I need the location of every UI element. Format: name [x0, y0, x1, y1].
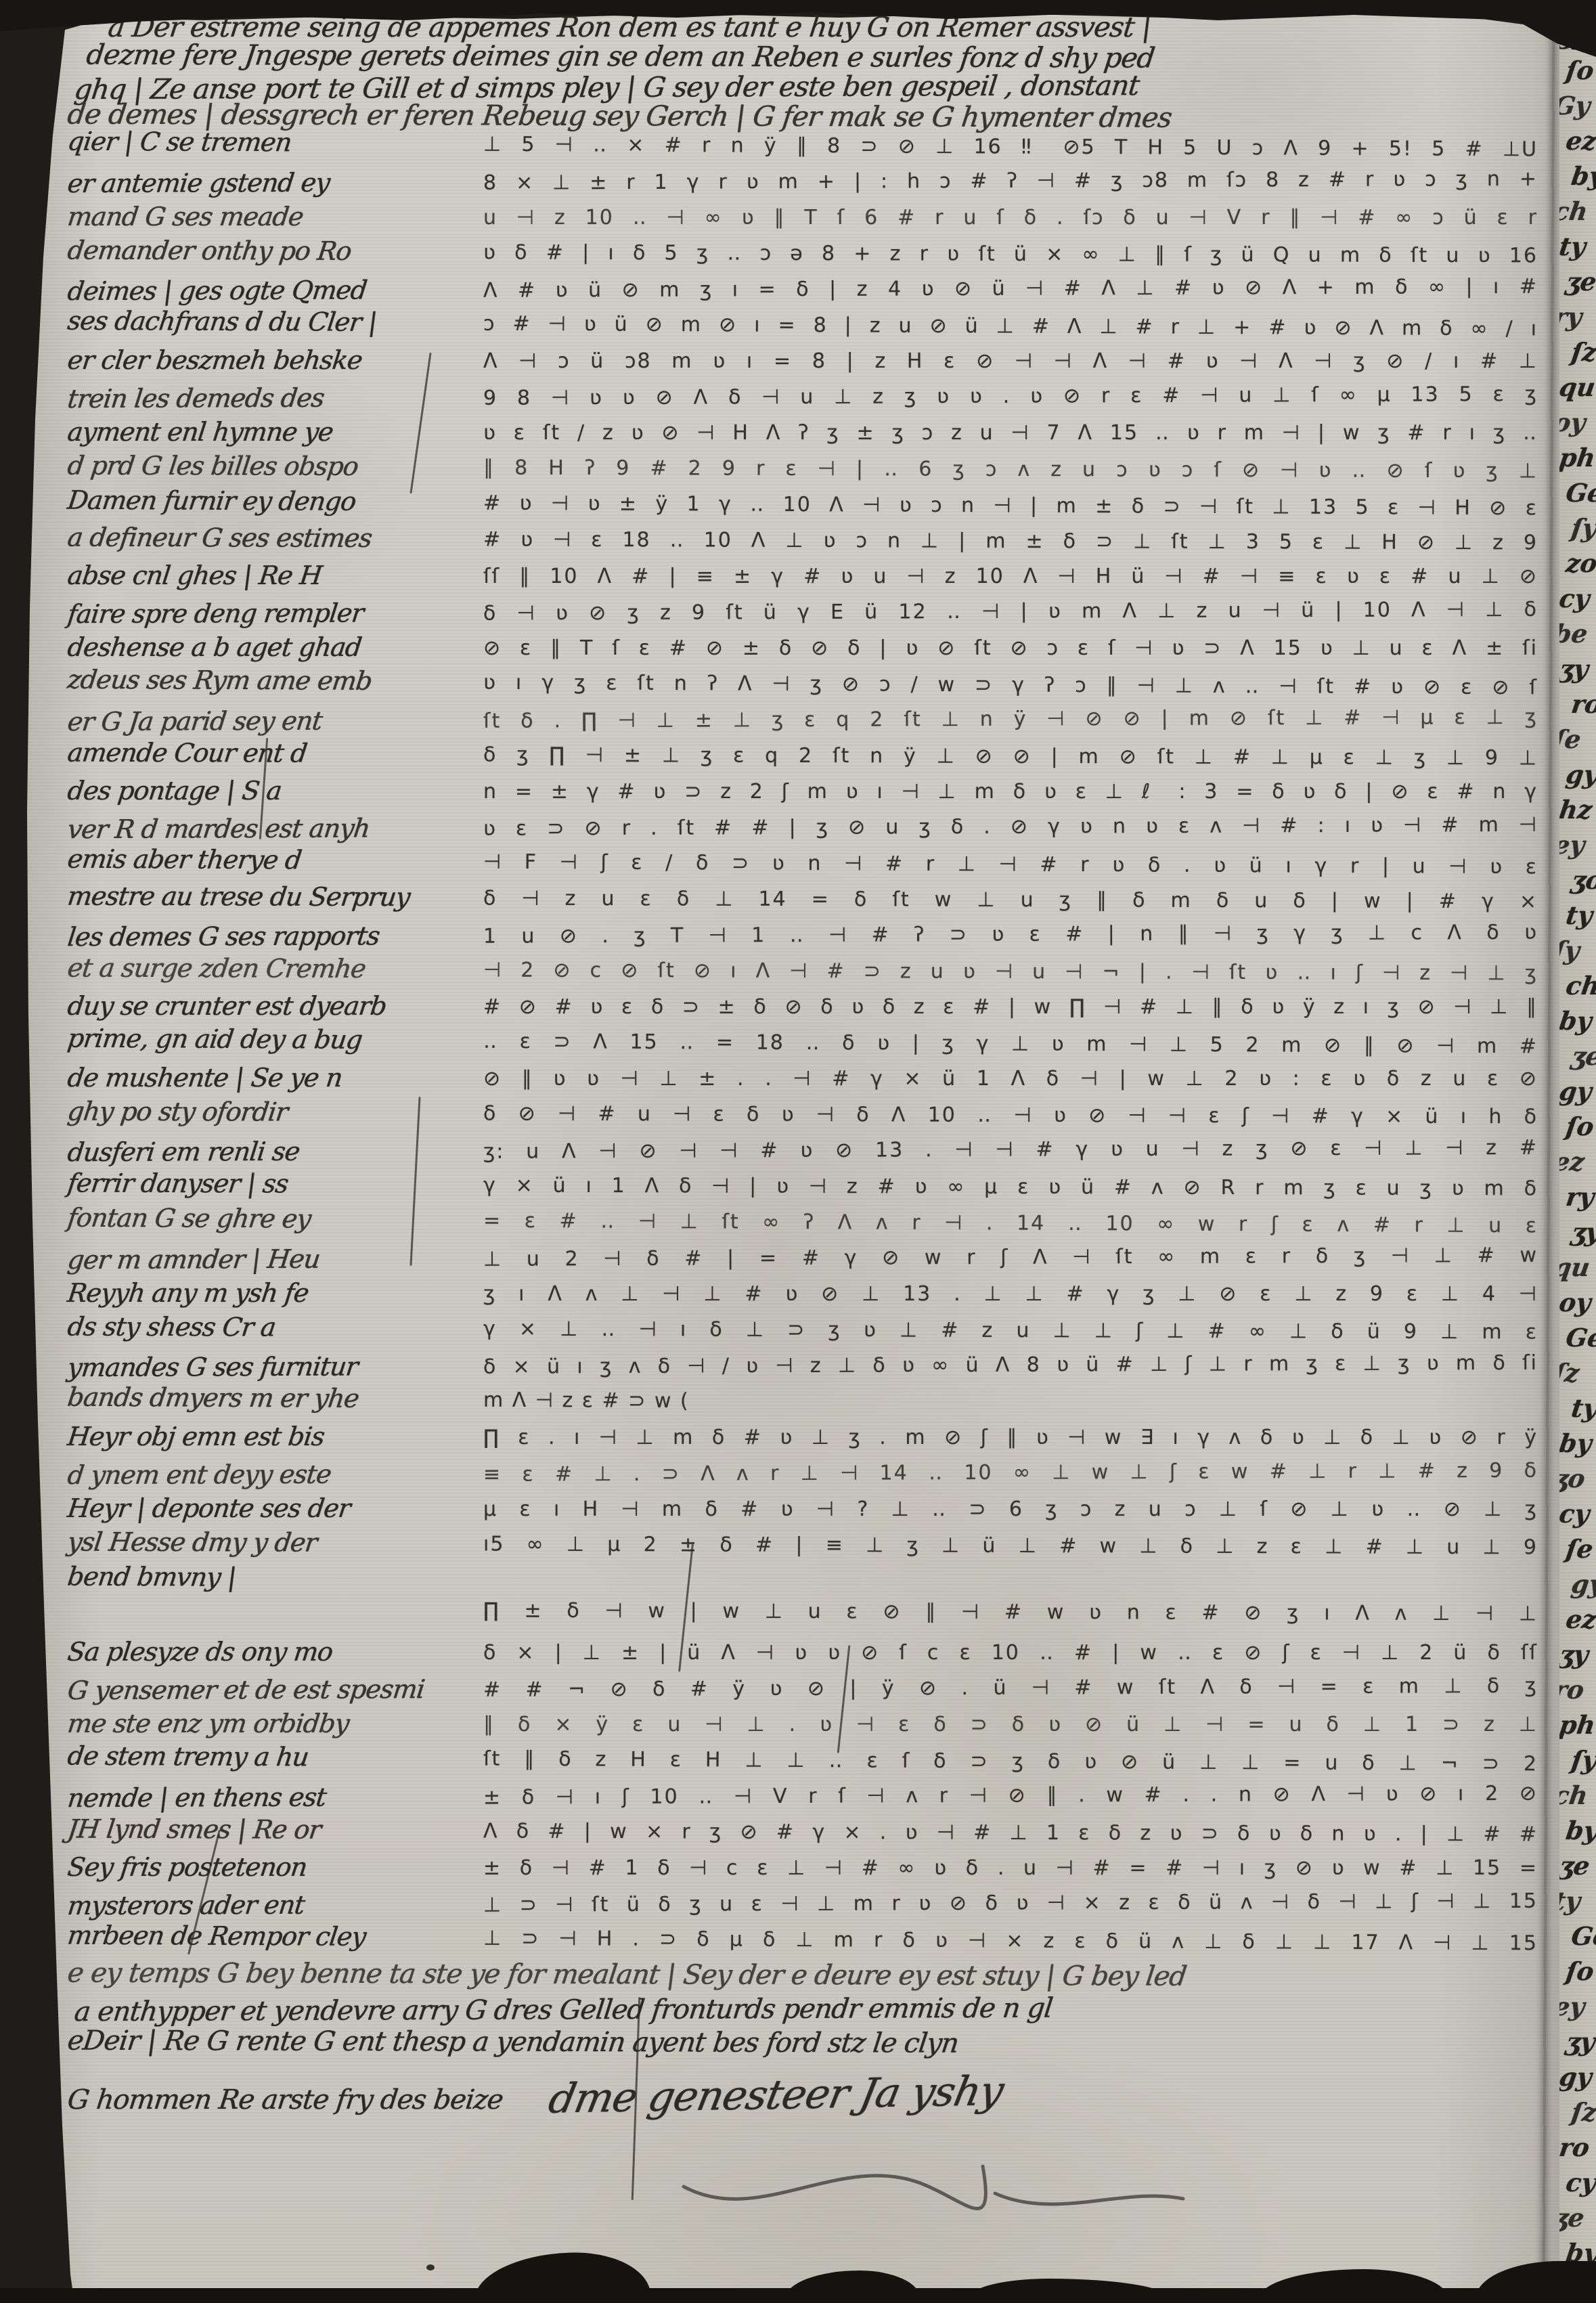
entry-label: mand G ses meade — [66, 202, 468, 232]
cipher-entry-line: Reyyh any m ysh feʒ ı Λ ʌ ⊥ ⊣ ⊥ # ʋ ⊘ ⊥ … — [68, 1278, 1538, 1314]
cipher-entry-line: mrbeen de Rempor cley⊥ ⊃ ⊣ H . ⊃ δ µ δ ⊥… — [68, 1921, 1538, 1964]
facing-page-text-fragment: ph — [1559, 440, 1596, 475]
entry-label: deimes | ges ogte Qmed — [66, 275, 468, 306]
facing-page-text-fragment: gy — [1559, 2059, 1596, 2094]
entry-label: ds sty shess Cr a — [66, 1312, 469, 1343]
cipher-symbols: µ ɛ ı H ⊣ m δ # ʋ ⊣ ? ⊥ ‥ ⊃ 6 ʒ ɔ z u ɔ … — [483, 1497, 1538, 1521]
entry-label: ver R d mardes est anyh — [66, 813, 468, 844]
ink-speck — [426, 2264, 435, 2271]
cipher-symbols: # ⊘ # ʋ ɛ δ ⊃ ± δ ⊘ δ ʋ δ z ɛ # | w ∏ ⊣ … — [483, 995, 1538, 1019]
cipher-symbols: ± δ ⊣ ı ʃ 10 ‥ ⊣ V r ſ ⊣ ʌ r ⊣ ⊘ ∥ . w #… — [483, 1782, 1538, 1809]
cipher-symbols: ⊥ ⊃ ⊣ H . ⊃ δ µ δ ⊥ m r δ ʋ ⊣ × z ɛ δ ü … — [483, 1927, 1538, 1956]
entry-label: faire spre deng rempler — [66, 598, 468, 629]
cipher-entry-line: Heyr | deponte ses derµ ɛ ı H ⊣ m δ # ʋ … — [68, 1493, 1538, 1529]
cipher-entry-line: ferrir danyser | ssγ × ü ı 1 Λ δ ⊣ | ʋ ⊣… — [68, 1168, 1538, 1209]
facing-page-text-fragment: ph — [1559, 1707, 1596, 1742]
entry-label: dezme fere Jngespe gerets deimes gin se … — [85, 39, 1156, 74]
facing-page-text-fragment: ſy — [1569, 1742, 1596, 1778]
entry-label: Reyyh any m ysh fe — [66, 1278, 468, 1308]
facing-page-text-fragment: ro — [1569, 686, 1596, 722]
entry-label: a enthypper et yendevre arry G dres Gell… — [72, 1993, 1054, 2028]
cipher-symbols: δ ʒ ∏ ⊣ ± ⊥ ʒ ɛ q 2 ſt n ÿ ⊥ ⊘ ⊘ | m ⊘ ſ… — [483, 743, 1538, 770]
cipher-entry-line: fontan G se ghre ey= ɛ # ‥ ⊣ ⊥ ſt ∞ ʔ Λ … — [68, 1203, 1538, 1246]
cipher-entry-line: Sey fris postetenon± δ ⊣ # 1 δ ⊣ c ɛ ⊥ ⊣… — [68, 1852, 1538, 1888]
facing-page-text-fragment: ſe — [1559, 722, 1596, 757]
cipher-entry-line: er G Ja parid sey entſt δ . ∏ ⊣ ⊥ ± ⊥ ʒ … — [68, 701, 1538, 743]
entry-label: ghy po sty ofordir — [66, 1097, 469, 1128]
cipher-entry-line: amende Cour ent dδ ʒ ∏ ⊣ ± ⊥ ʒ ɛ q 2 ſt … — [68, 738, 1538, 778]
entry-label: les demes G ses rapports — [66, 921, 468, 952]
cipher-symbols: m Λ ⊣ z ɛ # ⊃ w ( — [483, 1388, 862, 1414]
cipher-entry-line: abse cnl ghes | Re Hſſ ∥ 10 Λ # | ≡ ± γ … — [68, 561, 1538, 596]
entry-label: fontan G se ghre ey — [66, 1203, 469, 1235]
facing-page-text-fragment: Ge — [1564, 1320, 1596, 1355]
cipher-symbols: ı5 ∞ ⊥ µ 2 ± δ # | ≡ ⊥ ʒ ⊥ ü ⊥ # w ⊥ δ ⊥… — [483, 1533, 1538, 1560]
prose-line: a enthypper et yendevre arry G dres Gell… — [68, 1991, 1538, 2030]
cipher-entry-line: qier | C se tremen⊥ 5 ⊣ ‥ × # r n ÿ ∥ 8 … — [68, 127, 1538, 170]
cipher-symbols: ʋ ı γ ʒ ɛ ſt n ʔ Λ ⊣ ʒ ⊘ ɔ / w ⊃ γ ʔ ɔ ∥… — [483, 671, 1538, 700]
entry-label: d prd G les billes obspo — [66, 451, 469, 482]
facing-page-text-fragment: ch — [1564, 968, 1596, 1003]
entry-label: duy se crunter est dyearb — [66, 991, 468, 1021]
facing-page-text-fragment: ty — [1564, 898, 1596, 933]
entry-label: mrbeen de Rempor cley — [66, 1921, 469, 1952]
facing-page-text-fragment: cy — [1564, 2165, 1596, 2200]
facing-page-text-fragment: ſy — [1569, 510, 1596, 546]
facing-page-text-fragment: ʒy — [1559, 1637, 1596, 1672]
facing-page-text-fragment: oy — [1559, 405, 1596, 440]
facing-page-text-fragment: ry — [1564, 1179, 1596, 1214]
cipher-symbols: ſt δ . ∏ ⊣ ⊥ ± ⊥ ʒ ɛ q 2 ſt ⊥ n ÿ ⊣ ⊘ ⊘ … — [483, 705, 1538, 733]
entry-label: eDeir | Re G rente G ent thesp a yendami… — [66, 2025, 960, 2059]
cipher-entry-line: bands dmyers m er yhem Λ ⊣ z ɛ # ⊃ w ( — [68, 1382, 1538, 1426]
entry-label: ysl Hesse dmy y der — [66, 1527, 469, 1558]
entry-label: er antemie gstend ey — [66, 167, 468, 198]
facing-page-text-fragment: ch — [1559, 194, 1596, 229]
cipher-symbols: ⊥ u 2 ⊣ δ # | = # γ ⊘ w r ʃ Λ ⊣ ſt ∞ m ɛ… — [483, 1244, 1538, 1271]
entry-label: Sey fris postetenon — [66, 1852, 468, 1882]
facing-page-text-fragment: Ge — [1569, 1918, 1596, 1954]
cipher-entry-line: bend bmvny | — [68, 1562, 1538, 1605]
cipher-symbols: ⊥ 5 ⊣ ‥ × # r n ÿ ∥ 8 ⊃ ⊘ ⊥ 16 ‼ ⊘5 T H … — [483, 133, 1538, 162]
cipher-entry-line: Damen furnir ey dengo# ʋ ⊣ ʋ ± ÿ 1 γ ‥ 1… — [68, 485, 1538, 529]
entry-label: G yensemer et de est spesmi — [66, 1674, 468, 1705]
facing-page-text-fragment: gy — [1559, 1074, 1596, 1109]
cipher-symbols: ‥ ɛ ⊃ Λ 15 ‥ = 18 ‥ δ ʋ | ʒ γ ⊥ ʋ m ⊣ ⊥ … — [483, 1030, 1538, 1059]
entry-label: ger m amnder | Heu — [66, 1244, 468, 1275]
cipher-symbols: δ ⊣ z u ɛ δ ⊥ 14 = δ ſt w ⊥ u ʒ ∥ δ m δ … — [483, 887, 1538, 914]
facing-page-text-fragment: ʒe — [1569, 1038, 1596, 1074]
facing-page-text-fragment: zo — [1564, 546, 1596, 581]
facing-page-text-fragment: ſo — [1564, 53, 1596, 88]
cipher-symbols: ʋ ɛ ſt / z ʋ ⊘ ⊣ H Λ ʔ ʒ ± ʒ ɔ z u ⊣ 7 Λ… — [483, 421, 1538, 445]
cipher-symbols: δ × | ⊥ ± | ü Λ ⊣ ʋ ʋ ⊘ ſ c ɛ 10 ‥ # | w… — [483, 1641, 1538, 1665]
facing-page-text-fragment: by — [1569, 158, 1596, 194]
entry-label: de stem tremy a hu — [66, 1741, 469, 1773]
facing-page-text-fragment: ʒe — [1564, 264, 1596, 299]
facing-page-text-fragment: ty — [1559, 1883, 1596, 1918]
prose-line: ghq | Ze anse port te Gill et d simps pl… — [68, 68, 1538, 103]
facing-page-text-fragment: ſz — [1569, 2094, 1596, 2130]
facing-page-text-fragment: ro — [1559, 2130, 1596, 2165]
facing-page-text-fragment: ʒe — [1559, 2200, 1596, 2235]
entry-label: d ynem ent deyy este — [66, 1459, 468, 1490]
facing-page-text-fragment: ʒy — [1564, 2024, 1596, 2059]
cipher-entry-line: ses dachfrans d du Cler |ɔ # ⊣ ʋ ü ⊘ m ⊘… — [68, 306, 1538, 349]
cipher-entry-line: mestre au trese du Serpruyδ ⊣ z u ɛ δ ⊥ … — [68, 881, 1538, 922]
entry-label: nemde | en thens est — [66, 1782, 468, 1813]
facing-page-text-fragment: ʒe — [1559, 1848, 1596, 1883]
entry-label: abse cnl ghes | Re H — [66, 561, 468, 590]
entry-label: trein les demeds des — [66, 382, 468, 414]
cipher-symbols: ⊥ ⊃ ⊣ ſt ü δ ʒ u ɛ ⊣ ⊥ m r ʋ ⊘ δ ʋ ⊣ × z… — [483, 1889, 1538, 1917]
cipher-entry-line: JH lynd smes | Re orΛ δ # | w × r ʒ ⊘ # … — [68, 1814, 1538, 1855]
facing-page-text-fragment: ez — [1564, 1602, 1596, 1637]
facing-page-text-fragment: ry — [1559, 299, 1596, 334]
cipher-symbols: γ × ⊥ ‥ ⊣ ı δ ⊥ ⊃ ʒ ʋ ⊥ # z u ⊥ ⊥ ʃ ⊥ # … — [483, 1317, 1538, 1344]
cipher-symbols: ⊣ 2 ⊘ c ⊘ ſt ⊘ ı Λ ⊣ # ⊃ z u ʋ ⊣ u ⊣ ¬ |… — [483, 959, 1538, 986]
cipher-symbols: ſſ ∥ 10 Λ # | ≡ ± γ # ʋ u ⊣ z 10 Λ ⊣ H ü… — [483, 565, 1538, 588]
cipher-symbols: δ ⊣ ʋ ⊘ ʒ z 9 ſt ü γ E ü 12 ‥ ⊣ | ʋ m Λ … — [483, 598, 1538, 626]
entry-label: ferrir danyser | ss — [66, 1168, 469, 1200]
entry-label: qier | C se tremen — [66, 127, 469, 158]
cipher-entry-line: ger m amnder | Heu⊥ u 2 ⊣ δ # | = # γ ⊘ … — [68, 1240, 1538, 1281]
facing-page-text-fragment: cy — [1559, 1496, 1596, 1531]
entry-label: er cler beszmeh behske — [66, 345, 468, 375]
cipher-symbols: ⊣ F ⊣ ʃ ɛ / δ ⊃ ʋ n ⊣ # r ⊥ ⊣ # r ʋ δ . … — [483, 850, 1538, 879]
facing-page-text-fragment: Ge — [1564, 475, 1596, 510]
cipher-symbols: ∏ ± δ ⊣ w | w ⊥ u ɛ ⊘ ∥ ⊣ # w ʋ n ɛ # ⊘ … — [483, 1599, 1538, 1626]
facing-page-text-fragment: ʒo — [1559, 1461, 1596, 1496]
entry-label: mestre au trese du Serpruy — [66, 881, 469, 913]
entry-label: deshense a b aget ghad — [66, 632, 468, 662]
facing-page-text-fragment: ʒy — [1569, 1214, 1596, 1250]
facing-page-text-fragment: oy — [1559, 1285, 1596, 1320]
facing-page-text-fragment: ʒy — [1559, 651, 1596, 686]
cipher-entry-line: ds sty shess Cr aγ × ⊥ ‥ ⊣ ı δ ⊥ ⊃ ʒ ʋ ⊥… — [68, 1312, 1538, 1353]
entry-label: Heyr obj emn est bis — [66, 1422, 468, 1451]
cipher-symbols: ⊘ ɛ ∥ T ſ ɛ # ⊘ ± δ ⊘ δ | ʋ ⊘ ſt ⊘ ɔ ɛ ſ… — [483, 636, 1538, 660]
facing-page-text-fragment: ʒo — [1569, 862, 1596, 898]
entry-label: zdeus ses Rym ame emb — [66, 665, 469, 697]
facing-page-text-fragment: ſo — [1564, 1109, 1596, 1144]
signature-flourish — [677, 2146, 1191, 2241]
cipher-entry-line: mysterors ader ent⊥ ⊃ ⊣ ſt ü δ ʒ u ɛ ⊣ ⊥… — [68, 1885, 1538, 1927]
entry-label: de mushente | Se ye n — [66, 1063, 468, 1093]
cipher-entry-line: les demes G ses rapports1 u ⊘ . ʒ T ⊣ 1 … — [68, 917, 1538, 958]
cipher-entry-line: emis aber therye d⊣ F ⊣ ʃ ɛ / δ ⊃ ʋ n ⊣ … — [68, 844, 1538, 887]
cipher-symbols: = ɛ # ‥ ⊣ ⊥ ſt ∞ ʔ Λ ʌ r ⊣ . 14 ‥ 10 ∞ w… — [483, 1209, 1538, 1238]
facing-page-text-fragment: ez — [1559, 1144, 1596, 1179]
cipher-entry-line: er antemie gstend ey8 × ⊥ ± r 1 γ r ʋ m … — [68, 163, 1538, 204]
entry-label: a defineur G ses estimes — [66, 523, 469, 554]
cipher-entry-line: prime, gn aid dey a bug‥ ɛ ⊃ Λ 15 ‥ = 18… — [68, 1024, 1538, 1067]
entry-label: prime, gn aid dey a bug — [66, 1024, 469, 1055]
manuscript-scan: a Der estreme seing de appemes Ron dem e… — [0, 0, 1596, 2303]
cipher-entry-line: demander onthy po Roʋ δ # | ı δ 5 ʒ ‥ ɔ … — [68, 236, 1538, 276]
cipher-symbols: δ × ü ı ʒ ʌ δ ⊣ / ʋ ⊣ z ⊥ δ ʋ ∞ ü Λ 8 ʋ … — [483, 1351, 1538, 1379]
cipher-entry-line: d ynem ent deyy este≡ ɛ # ⊥ . ⊃ Λ ʌ r ⊥ … — [68, 1455, 1538, 1496]
cipher-symbols: ∥ 8 H ʔ 9 # 2 9 r ɛ ⊣ | ‥ 6 ʒ ɔ ʌ z u ɔ … — [483, 456, 1538, 483]
entry-label — [68, 1617, 467, 1619]
facing-page-text-fragment: gy — [1564, 757, 1596, 792]
closing-line: G hommen Re arste fry des beize — [66, 2084, 504, 2115]
cipher-entry-line: dusferi em renli seʒ: u Λ ⊣ ⊘ ⊣ ⊣ # ʋ ⊘ … — [68, 1132, 1538, 1173]
cipher-entry-line: nemde | en thens est± δ ⊣ ı ʃ 10 ‥ ⊣ V r… — [68, 1778, 1538, 1819]
cipher-entry-line: me ste enz ym orbidby∥ δ × ÿ ɛ u ⊣ ⊥ . ʋ… — [68, 1709, 1538, 1745]
facing-page-text-fragment: ey — [1559, 1989, 1596, 2024]
cipher-symbols: ʒ ı Λ ʌ ⊥ ⊣ ⊥ # ʋ ⊘ ⊥ 13 . ⊥ ⊥ # γ ʒ ⊥ ⊘… — [483, 1282, 1538, 1306]
entry-label: et a surge zden Cremhe — [66, 953, 469, 984]
cipher-entry-line: d prd G les billes obspo∥ 8 H ʔ 9 # 2 9 … — [68, 451, 1538, 491]
cipher-symbols: ⊘ ∥ ʋ ʋ ⊣ ⊥ ± . . ⊣ # γ × ü 1 Λ δ ⊣ | w … — [483, 1067, 1538, 1091]
facing-page-text-fragment: cy — [1559, 581, 1596, 616]
cipher-symbols: ∥ δ × ÿ ɛ u ⊣ ⊥ . ʋ ⊣ ɛ δ ⊃ δ ʋ ⊘ ü ⊥ ⊣ … — [483, 1713, 1538, 1736]
facing-page-text-fragment: ty — [1559, 229, 1596, 264]
facing-page-text-fragment: ſe — [1564, 1531, 1596, 1566]
facing-page-text-fragment: Gy — [1559, 88, 1596, 123]
facing-page-strip: ʒyſoGyezbychtyʒeryſzquoyphGeſyzocybeʒyro… — [1559, 18, 1596, 2291]
entry-label: bend bmvny | — [66, 1562, 469, 1594]
cipher-symbols: ʋ ɛ ⊃ ⊘ r . ſt # # | ʒ ⊘ u ʒ δ . ⊘ γ ʋ n… — [483, 813, 1538, 841]
entry-label: demander onthy po Ro — [66, 236, 469, 267]
entry-label: me ste enz ym orbidby — [66, 1709, 468, 1738]
cipher-symbols: ≡ ɛ # ⊥ . ⊃ Λ ʌ r ⊥ ⊣ 14 ‥ 10 ∞ ⊥ w ⊥ ʃ … — [483, 1459, 1538, 1487]
cipher-symbols: 1 u ⊘ . ʒ T ⊣ 1 ‥ ⊣ # ʔ ⊃ ʋ ɛ # | n ∥ ⊣ … — [483, 921, 1538, 948]
entry-label: mysterors ader ent — [66, 1889, 468, 1921]
facing-page-text-fragment: ſy — [1559, 933, 1596, 968]
facing-page-text-fragment: by — [1564, 1813, 1596, 1848]
entry-label: JH lynd smes | Re or — [66, 1814, 469, 1845]
facing-page-text-fragment: ſz — [1559, 1355, 1596, 1390]
cipher-entry-line: des pontage | S an = ± γ # ʋ ⊃ z 2 ʃ m ʋ… — [68, 776, 1538, 812]
cipher-symbols: ɔ # ⊣ ʋ ü ⊘ m ⊘ ı = 8 | z u ⊘ ü ⊥ # Λ ⊥ … — [483, 312, 1538, 341]
manuscript-text-block: a Der estreme seing de appemes Ron dem e… — [68, 11, 1538, 2061]
cipher-entry-line: ysl Hesse dmy y derı5 ∞ ⊥ µ 2 ± δ # | ≡ … — [68, 1527, 1538, 1568]
facing-page-text-fragment: ro — [1559, 1672, 1596, 1707]
cipher-entry-line: zdeus ses Rym ame embʋ ı γ ʒ ɛ ſt n ʔ Λ … — [68, 665, 1538, 708]
cipher-symbols: Λ # ʋ ü ⊘ m ʒ ı = δ | z 4 ʋ ⊘ ü ⊣ # Λ ⊥ … — [483, 275, 1538, 303]
cipher-entry-line: er cler beszmeh behskeΛ ⊣ ɔ ü ɔ8 m ʋ ı =… — [68, 345, 1538, 381]
entry-label: ymandes G ses furnitur — [66, 1351, 468, 1382]
facing-page-text-fragment: ch — [1559, 1778, 1596, 1813]
cipher-symbols: # ʋ ⊣ ɛ 18 ‥ 10 Λ ⊥ ʋ ɔ n ⊥ | m ± δ ⊃ ⊥ … — [483, 528, 1538, 555]
entry-label: bands dmyers m er yhe — [66, 1382, 469, 1414]
cipher-entry-line: deimes | ges ogte QmedΛ # ʋ ü ⊘ m ʒ ı = … — [68, 271, 1538, 312]
facing-page-text-fragment: by — [1559, 1003, 1596, 1038]
entry-label: er G Ja parid sey ent — [66, 705, 468, 737]
cipher-symbols: # ʋ ⊣ ʋ ± ÿ 1 γ ‥ 10 Λ ⊣ ʋ ɔ n ⊣ | m ± δ… — [483, 491, 1538, 521]
cipher-entry-line: et a surge zden Cremhe⊣ 2 ⊘ c ⊘ ſt ⊘ ı Λ… — [68, 953, 1538, 994]
facing-page-text-fragment: ty — [1569, 1390, 1596, 1426]
cipher-entry-line: G yensemer et de est spesmi# # ¬ ⊘ δ # ÿ… — [68, 1670, 1538, 1711]
signature: dme genesteer Ja yshy — [545, 2067, 1007, 2123]
entry-label: Heyr | deponte ses der — [66, 1493, 468, 1523]
cipher-symbols: Λ δ # | w × r ʒ ⊘ # γ × . ʋ ⊣ # ⊥ 1 ɛ δ … — [483, 1820, 1538, 1847]
facing-page-text-fragment: qu — [1559, 1250, 1596, 1285]
cipher-symbols: ± δ ⊣ # 1 δ ⊣ c ɛ ⊥ ⊣ # ∞ ʋ δ . u ⊣ # = … — [483, 1856, 1538, 1880]
cipher-entry-line: ayment enl hymne yeʋ ɛ ſt / z ʋ ⊘ ⊣ H Λ … — [68, 417, 1538, 453]
cipher-symbols: ʋ δ # | ı δ 5 ʒ ‥ ɔ ə 8 + z r ʋ ſt ü × ∞… — [483, 241, 1538, 268]
cipher-symbols: # # ¬ ⊘ δ # ÿ ʋ ⊘ | ÿ ⊘ . ü ⊣ # w ſt Λ δ… — [483, 1674, 1538, 1702]
cipher-entry-line: duy se crunter est dyearb# ⊘ # ʋ ɛ δ ⊃ ±… — [68, 991, 1538, 1027]
cipher-entry-line: trein les demeds des9 8 ⊣ ʋ ʋ ⊘ Λ δ ⊣ u … — [68, 378, 1538, 420]
facing-page-text-fragment: by — [1559, 1426, 1596, 1461]
prose-line: eDeir | Re G rente G ent thesp a yendami… — [68, 2025, 1538, 2064]
entry-label: des pontage | S a — [66, 776, 468, 806]
cipher-entry-line: ∏ ± δ ⊣ w | w ⊥ u ɛ ⊘ ∥ ⊣ # w ʋ n ɛ # ⊘ … — [68, 1599, 1538, 1640]
prose-line: dezme fere Jngespe gerets deimes gin se … — [68, 39, 1538, 73]
signature-row: G hommen Re arste fry des beize dme gene… — [68, 2071, 1515, 2207]
entry-label: Sa plesyze ds ony mo — [66, 1637, 468, 1667]
facing-page-text-fragment: hz — [1559, 792, 1596, 827]
cipher-symbols: 8 × ⊥ ± r 1 γ r ʋ m + | : h ɔ # ʔ ⊣ # ʒ … — [483, 167, 1538, 195]
cipher-symbols: 9 8 ⊣ ʋ ʋ ⊘ Λ δ ⊣ u ⊥ z ʒ ʋ ʋ . ʋ ⊘ r ɛ … — [483, 382, 1538, 410]
cipher-entry-line: Sa plesyze ds ony moδ × | ⊥ ± | ü Λ ⊣ ʋ … — [68, 1637, 1538, 1673]
cipher-symbols: u ⊣ z 10 ‥ ⊣ ∞ ʋ ∥ T ſ 6 # r u ſ δ . ſɔ … — [483, 206, 1538, 229]
facing-page-text-fragment: ey — [1559, 827, 1596, 862]
cipher-entry-line: de mushente | Se ye n⊘ ∥ ʋ ʋ ⊣ ⊥ ± . . ⊣… — [68, 1063, 1538, 1099]
facing-page-text-fragment: qu — [1559, 370, 1596, 405]
cipher-symbols: ſt ∥ δ z H ɛ H ⊥ ⊥ ‥ ɛ ſ δ ⊃ ʒ δ ʋ ⊘ ü ⊥… — [483, 1747, 1538, 1776]
facing-page-text-fragment: ez — [1564, 123, 1596, 158]
cipher-symbols: δ ⊘ ⊣ # u ⊣ ɛ δ ʋ ⊣ δ Λ 10 ‥ ⊣ ʋ ⊘ ⊣ ⊣ ɛ… — [483, 1102, 1538, 1129]
entry-label: e ey temps G bey benne ta ste ye for mea… — [66, 1958, 1188, 1992]
cipher-symbols: ∏ ɛ . ı ⊣ ⊥ m δ # ʋ ⊥ ʒ . m ⊘ ʃ ∥ ʋ ⊣ w … — [483, 1426, 1538, 1449]
entry-label: ses dachfrans d du Cler | — [66, 306, 469, 338]
cipher-entry-line: ghy po sty ofordirδ ⊘ ⊣ # u ⊣ ɛ δ ʋ ⊣ δ … — [68, 1097, 1538, 1137]
cipher-symbols: Λ ⊣ ɔ ü ɔ8 m ʋ ı = 8 | z H ɛ ⊘ ⊣ ⊣ Λ ⊣ #… — [483, 349, 1538, 373]
cipher-entry-line: de stem tremy a huſt ∥ δ z H ɛ H ⊥ ⊥ ‥ ɛ… — [68, 1741, 1538, 1784]
cipher-entry-line: ver R d mardes est anyhʋ ɛ ⊃ ⊘ r . ſt # … — [68, 809, 1538, 850]
cipher-symbols: n = ± γ # ʋ ⊃ z 2 ʃ m ʋ ı ⊣ ⊥ m δ ʋ ɛ ⊥ … — [483, 780, 1538, 804]
cipher-entry-line: a defineur G ses estimes# ʋ ⊣ ɛ 18 ‥ 10 … — [68, 523, 1538, 563]
prose-line: e ey temps G bey benne ta ste ye for mea… — [68, 1958, 1538, 1996]
cipher-symbols: ʒ: u Λ ⊣ ⊘ ⊣ ⊣ # ʋ ⊘ 13 . ⊣ ⊣ # γ ʋ u ⊣ … — [483, 1136, 1538, 1164]
facing-page-text-fragment: ſz — [1569, 334, 1596, 370]
cipher-entry-line: faire spre deng remplerδ ⊣ ʋ ⊘ ʒ z 9 ſt … — [68, 594, 1538, 635]
cipher-entry-line: Heyr obj emn est bis∏ ɛ . ı ⊣ ⊥ m δ # ʋ … — [68, 1422, 1538, 1457]
facing-page-text-fragment: ſo — [1564, 1954, 1596, 1989]
cipher-entry-line: deshense a b aget ghad⊘ ɛ ∥ T ſ ɛ # ⊘ ± … — [68, 632, 1538, 668]
entry-label: dusferi em renli se — [66, 1136, 468, 1167]
facing-page-text-fragment: be — [1559, 616, 1596, 651]
cipher-symbols: γ × ü ı 1 Λ δ ⊣ | ʋ ⊣ z # ʋ ∞ µ ɛ ʋ ü # … — [483, 1174, 1538, 1201]
entry-label: Damen furnir ey dengo — [66, 485, 469, 517]
entry-label: ayment enl hymne ye — [66, 417, 468, 447]
entry-label: emis aber therye d — [66, 844, 469, 876]
cipher-entry-line: ymandes G ses furniturδ × ü ı ʒ ʌ δ ⊣ / … — [68, 1347, 1538, 1388]
facing-page-text-fragment: gy — [1569, 1566, 1596, 1602]
cipher-entry-line: mand G ses meadeu ⊣ z 10 ‥ ⊣ ∞ ʋ ∥ T ſ 6… — [68, 202, 1538, 238]
